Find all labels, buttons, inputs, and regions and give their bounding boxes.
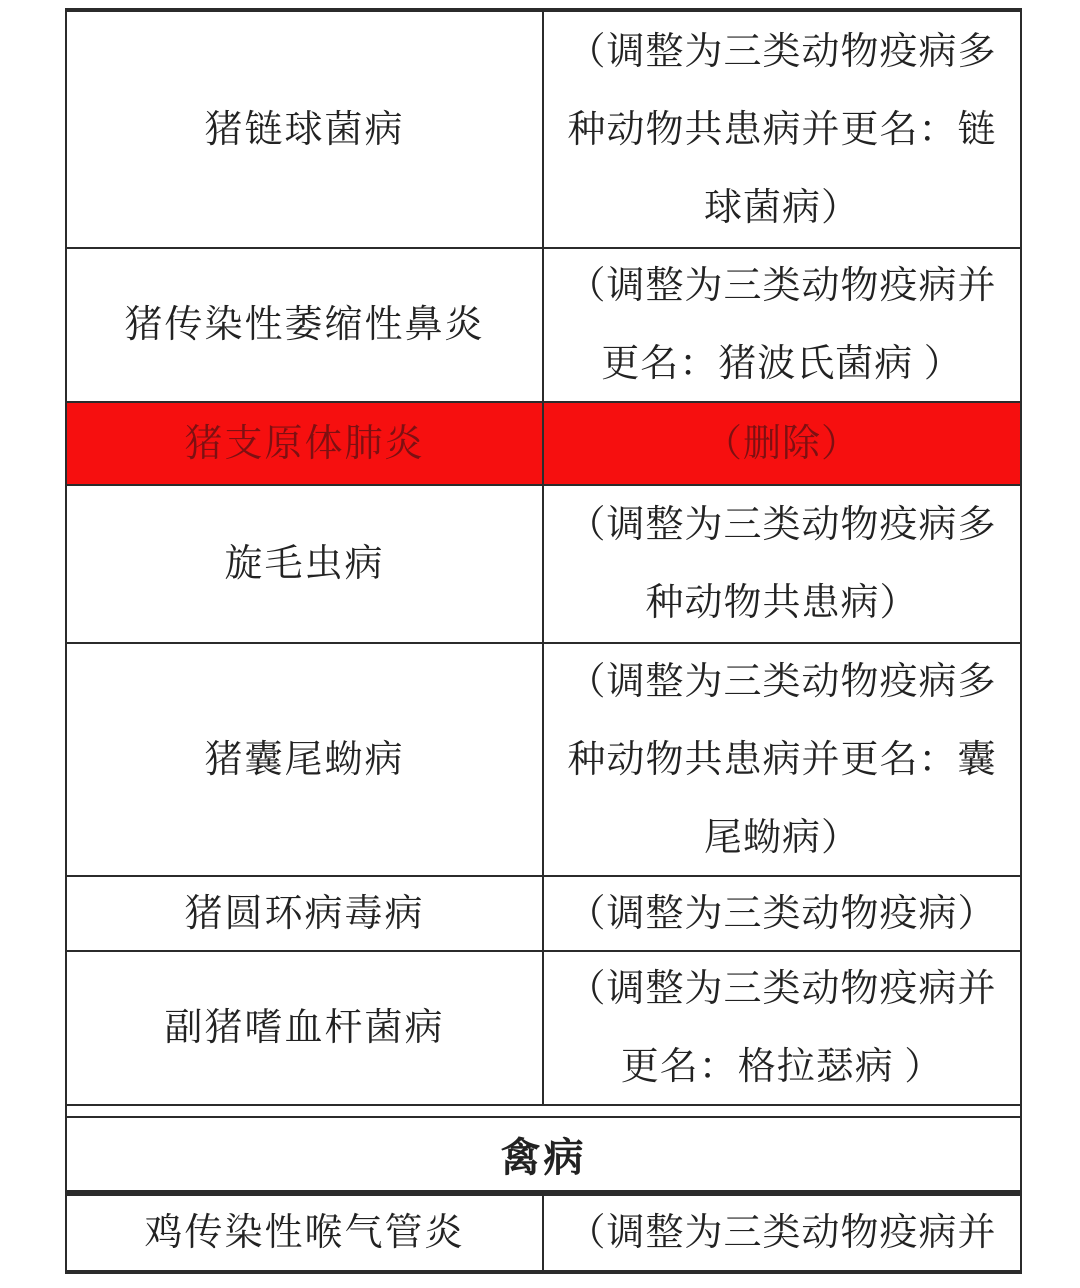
table-row: 猪链球菌病 （调整为三类动物疫病多 种动物共患病并更名：链 球菌病）: [67, 12, 1020, 249]
section-header-label: 禽病: [501, 1126, 587, 1183]
adjustment-cell: （调整为三类动物疫病多 种动物共患病并更名：囊 尾蚴病）: [544, 644, 1020, 875]
adjustment-cell: （调整为三类动物疫病多 种动物共患病）: [544, 486, 1020, 642]
table-row: 猪囊尾蚴病 （调整为三类动物疫病多 种动物共患病并更名：囊 尾蚴病）: [67, 644, 1020, 877]
row-divider-gap: [67, 1106, 1020, 1118]
adjustment-cell: （删除）: [544, 403, 1020, 484]
adjustment-cell: （调整为三类动物疫病）: [544, 877, 1020, 950]
table-row: 副猪嗜血杆菌病 （调整为三类动物疫病并 更名：格拉瑟病 ）: [67, 952, 1020, 1106]
table-row: 猪圆环病毒病 （调整为三类动物疫病）: [67, 877, 1020, 952]
disease-name-cell: 猪传染性萎缩性鼻炎: [67, 249, 544, 401]
disease-name-cell: 猪囊尾蚴病: [67, 644, 544, 875]
disease-adjustment-table: 猪链球菌病 （调整为三类动物疫病多 种动物共患病并更名：链 球菌病） 猪传染性萎…: [65, 8, 1022, 1274]
disease-name-cell: 猪链球菌病: [67, 12, 544, 247]
disease-name-cell: 鸡传染性喉气管炎: [67, 1196, 544, 1270]
table-row: 旋毛虫病 （调整为三类动物疫病多 种动物共患病）: [67, 486, 1020, 644]
disease-name-cell: 猪支原体肺炎: [67, 403, 544, 484]
adjustment-cell: （调整为三类动物疫病并 更名：猪波氏菌病 ）: [544, 249, 1020, 401]
disease-name-cell: 副猪嗜血杆菌病: [67, 952, 544, 1104]
disease-name-cell: 旋毛虫病: [67, 486, 544, 642]
disease-name-cell: 猪圆环病毒病: [67, 877, 544, 950]
section-header-row: 禽病: [67, 1118, 1020, 1196]
adjustment-cell: （调整为三类动物疫病并 更名：格拉瑟病 ）: [544, 952, 1020, 1104]
table-row: 猪传染性萎缩性鼻炎 （调整为三类动物疫病并 更名：猪波氏菌病 ）: [67, 249, 1020, 403]
adjustment-cell: （调整为三类动物疫病并: [544, 1196, 1020, 1270]
table-row-deleted-highlight: 猪支原体肺炎 （删除）: [67, 403, 1020, 486]
table-row: 鸡传染性喉气管炎 （调整为三类动物疫病并: [67, 1196, 1020, 1270]
adjustment-cell: （调整为三类动物疫病多 种动物共患病并更名：链 球菌病）: [544, 12, 1020, 247]
